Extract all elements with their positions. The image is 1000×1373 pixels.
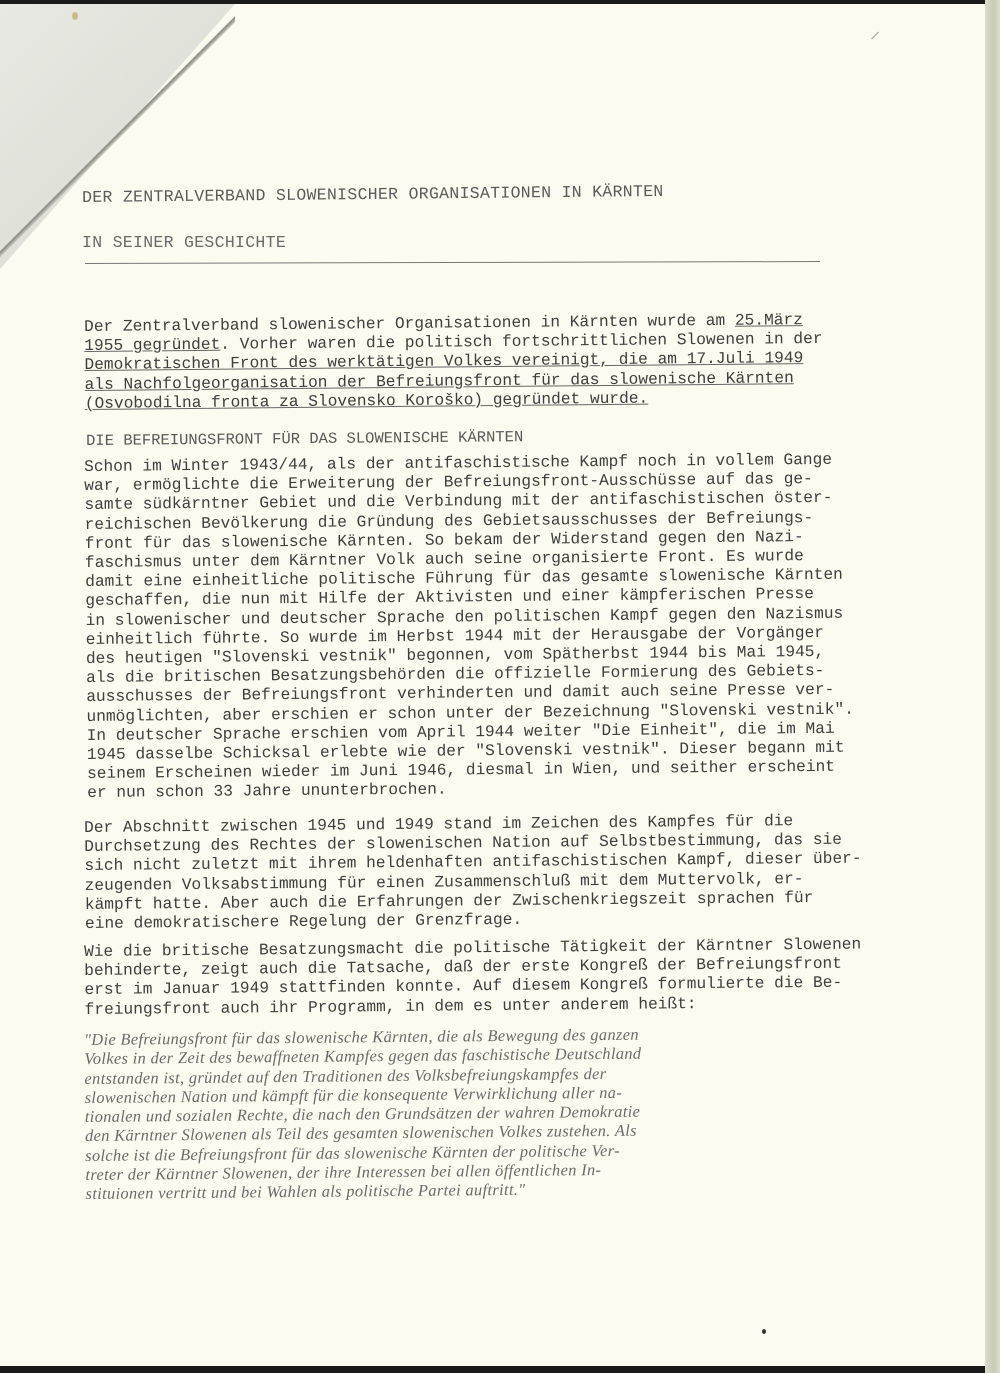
page-edge-shadow xyxy=(985,0,1000,1373)
paragraph-1: Schon im Winter 1943/44, als der antifas… xyxy=(84,450,877,803)
intro-paragraph: Der Zentralverband slowenischer Organisa… xyxy=(84,310,875,414)
founding-date: 25.März xyxy=(735,311,803,330)
document-subtitle: IN SEINER GESCHICHTE xyxy=(82,233,286,252)
predecessor-date: 17.Juli 1949 xyxy=(687,350,804,369)
folded-corner-edge xyxy=(0,4,235,269)
program-quote: "Die Befreiungsfront für das slowenische… xyxy=(84,1022,876,1203)
ink-dot xyxy=(762,1329,766,1334)
paper-stain xyxy=(72,12,78,20)
section-heading: DIE BEFREIUNGSFRONT FÜR DAS SLOWENISCHE … xyxy=(86,428,523,450)
paragraph-3: Wie die britische Besatzungsmacht die po… xyxy=(84,935,875,1019)
paragraph-2: Der Abschnitt zwischen 1945 und 1949 sta… xyxy=(84,811,875,934)
